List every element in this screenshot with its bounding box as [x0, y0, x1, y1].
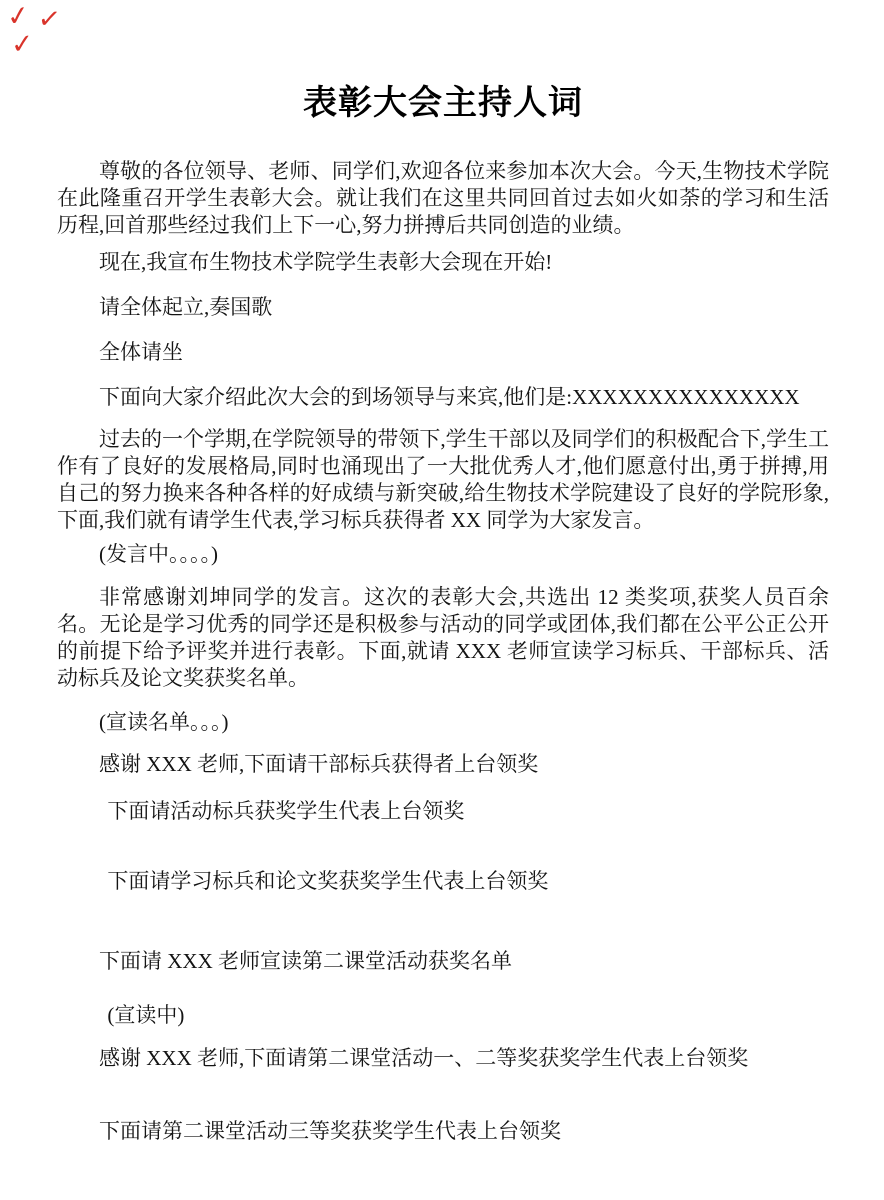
paragraph-opening-greeting: 尊敬的各位领导、老师、同学们,欢迎各位来参加本次大会。今天,生物技术学院在此隆重… [57, 158, 829, 239]
paragraph-study-thesis-award: 下面请学习标兵和论文奖获奖学生代表上台领奖 [57, 868, 829, 895]
paragraph-activity-award: 下面请活动标兵获奖学生代表上台领奖 [57, 798, 829, 825]
red-check-mark-icon: ✓ [37, 5, 62, 34]
paragraph-reading-in-progress: (宣读中) [57, 1002, 829, 1029]
paragraph-anthem: 请全体起立,奏国歌 [57, 294, 829, 321]
paragraph-semester-review: 过去的一个学期,在学院领导的带领下,学生干部以及同学们的积极配合下,学生工作有了… [57, 426, 829, 534]
document-title: 表彰大会主持人词 [57, 85, 829, 122]
red-check-mark-icon: ✓ [5, 2, 31, 32]
paragraph-cadre-award: 感谢 XXX 老师,下面请干部标兵获得者上台领奖 [57, 751, 829, 778]
red-check-mark-icon: ✓ [10, 30, 34, 59]
paragraph-thanks-liukun: 非常感谢刘坤同学的发言。这次的表彰大会,共选出 12 类奖项,获奖人员百余名。无… [57, 584, 829, 692]
paragraph-declare-open: 现在,我宣布生物技术学院学生表彰大会现在开始! [57, 249, 829, 276]
paragraph-first-second-prize: 感谢 XXX 老师,下面请第二课堂活动一、二等奖获奖学生代表上台领奖 [57, 1045, 829, 1072]
paragraph-second-classroom-list: 下面请 XXX 老师宣读第二课堂活动获奖名单 [57, 948, 829, 975]
red-pen-marks: ✓ ✓ ✓ [5, 2, 75, 62]
paragraph-reading-list: (宣读名单。。。) [57, 709, 829, 736]
paragraph-introduce-guests: 下面向大家介绍此次大会的到场领导与来宾,他们是:XXXXXXXXXXXXXXX [57, 384, 829, 411]
paragraph-be-seated: 全体请坐 [57, 339, 829, 366]
paragraph-third-prize: 下面请第二课堂活动三等奖获奖学生代表上台领奖 [57, 1118, 829, 1145]
paragraph-speech-in-progress: (发言中。。。。) [57, 541, 829, 568]
document-page: ✓ ✓ ✓ 表彰大会主持人词 尊敬的各位领导、老师、同学们,欢迎各位来参加本次大… [0, 0, 884, 1200]
